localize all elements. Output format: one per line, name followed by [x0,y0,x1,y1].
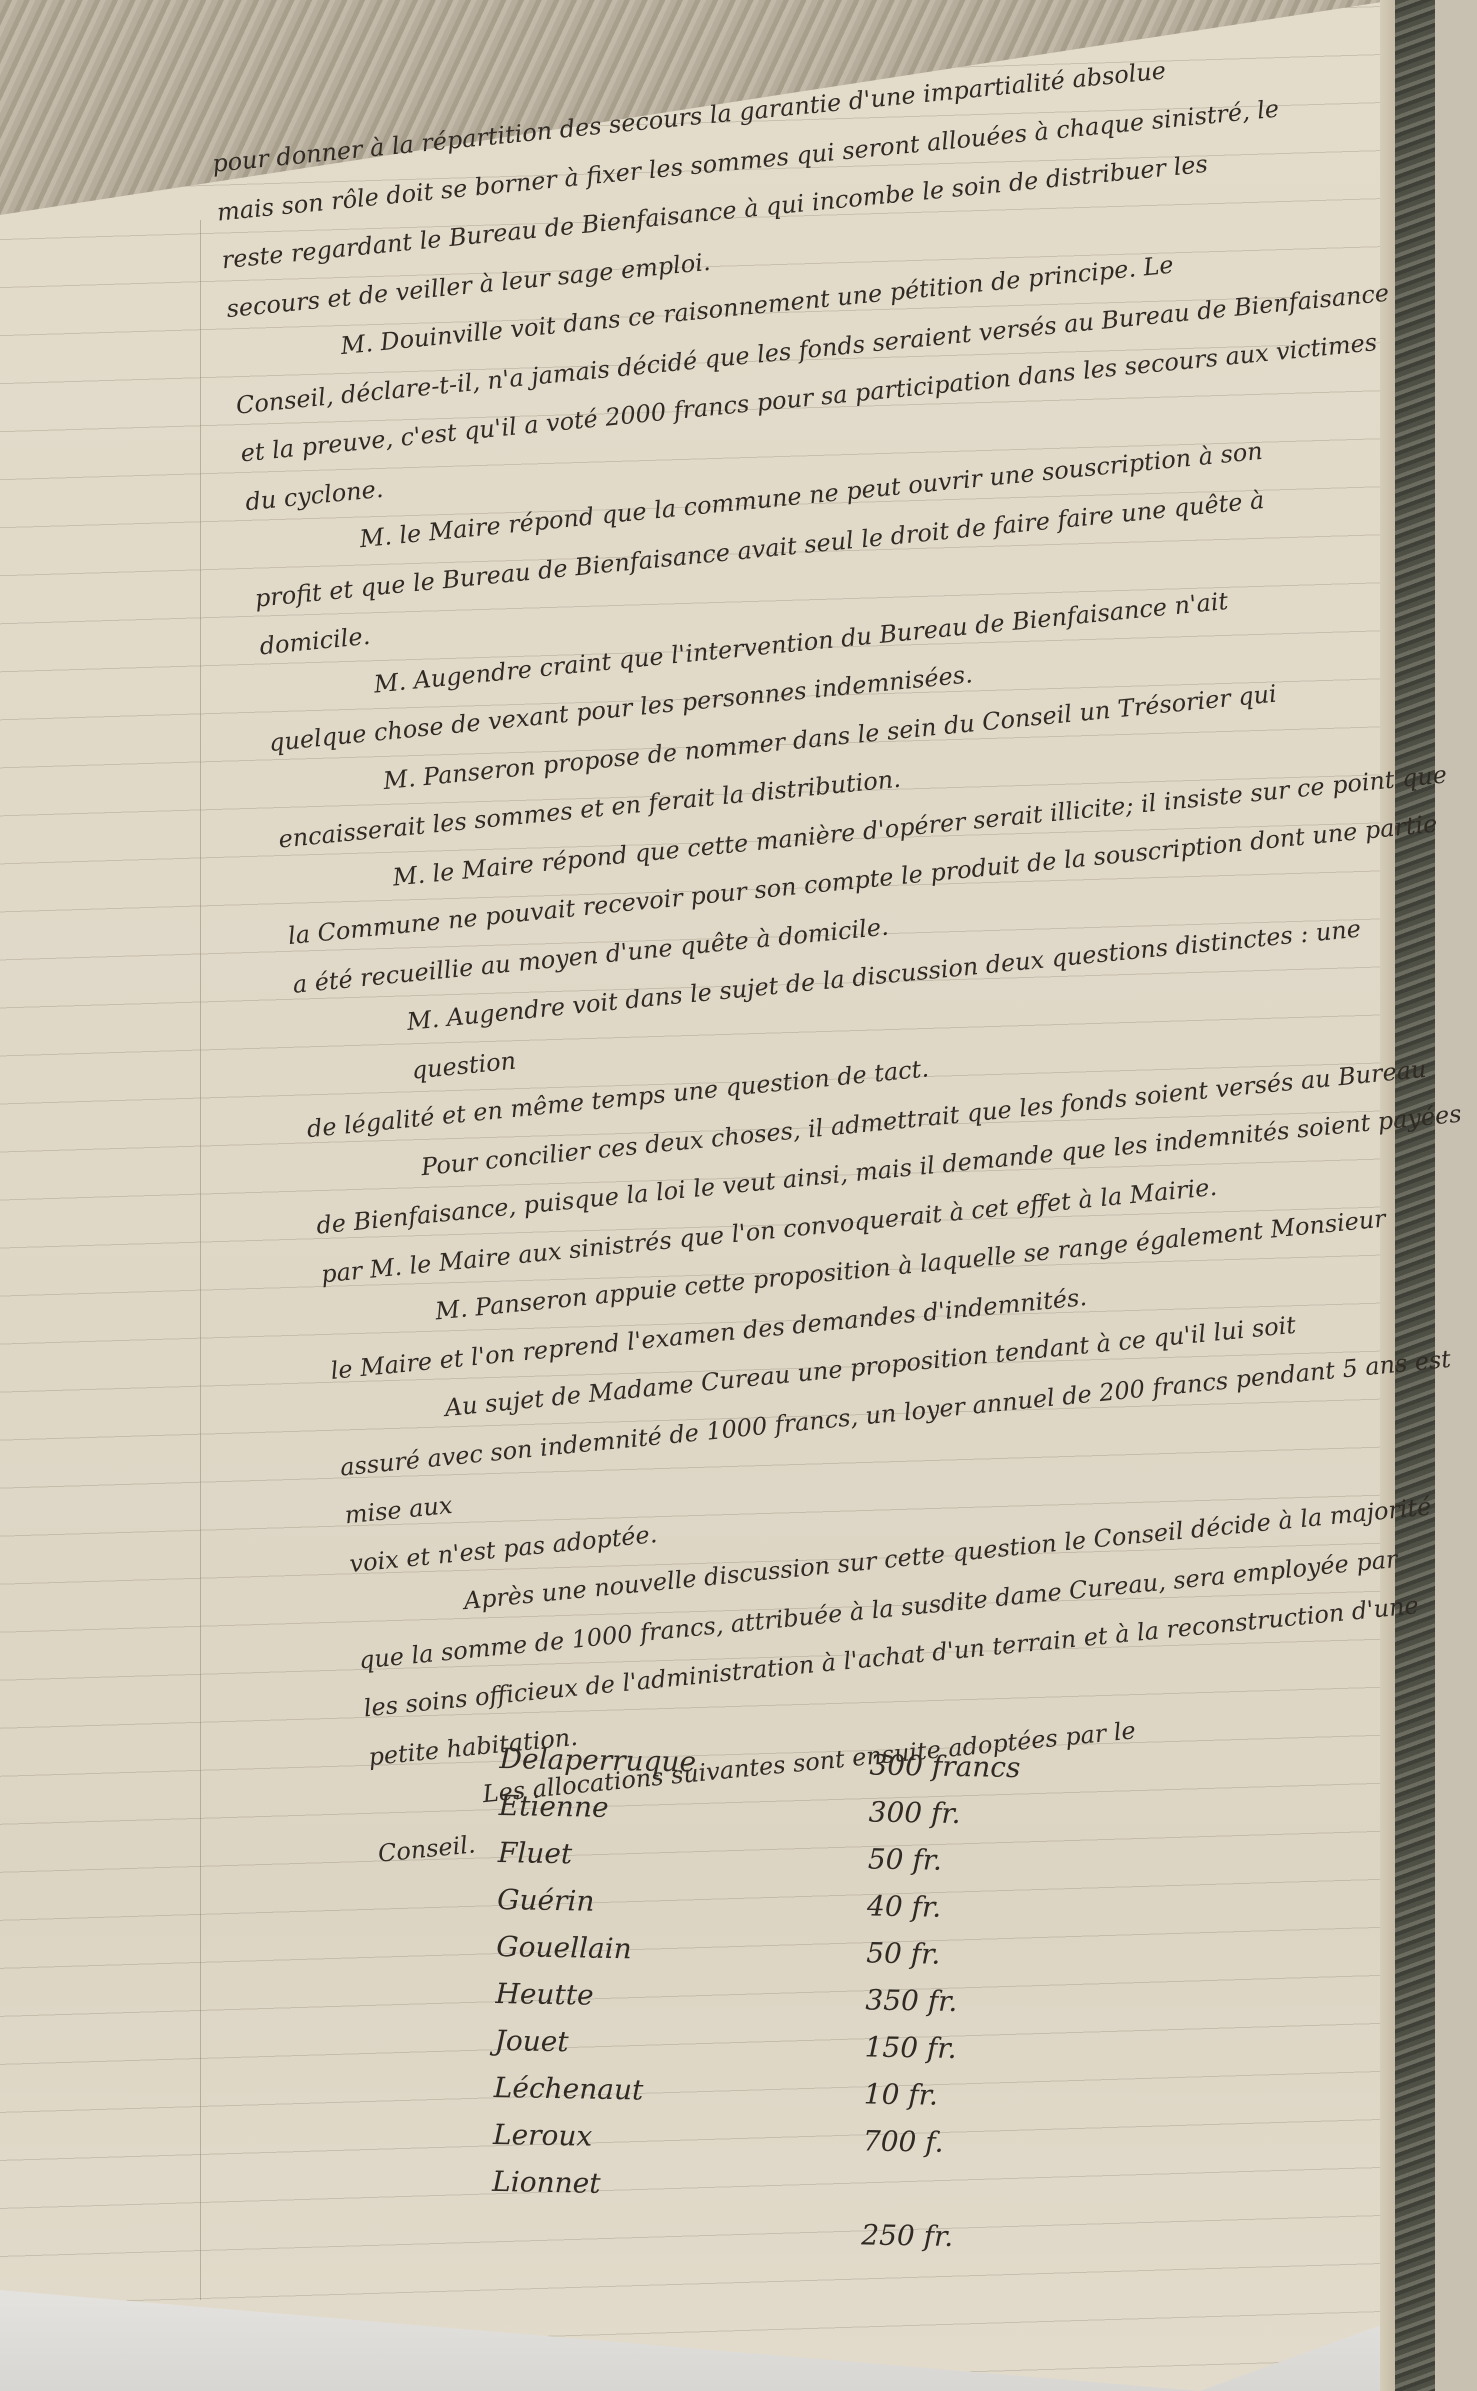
allocation-name: Fluet [498,1829,869,1882]
allocation-name: Heutte [495,1970,866,2023]
allocation-name: Leroux [493,2111,864,2164]
allocation-name: Gouellain [496,1923,867,1976]
minutes-text: pour donner à la répartition des secours… [210,25,1477,1878]
allocation-amount: 40 fr. [867,1882,1068,1932]
allocations-list: Delaperruque 300 francs Etienne 300 fr. … [491,1735,1100,2262]
allocation-amount: 300 fr. [868,1788,1069,1838]
allocation-amount: 300 francs [869,1741,1070,1791]
margin-line [200,220,201,2300]
allocation-amount: 50 fr. [867,1835,1068,1885]
allocation-amount: 350 fr. [865,1976,1066,2026]
allocation-amount: 150 fr. [864,2023,1065,2073]
allocation-name: Guérin [497,1876,868,1929]
allocation-amount: 10 fr. [863,2070,1064,2120]
allocation-name: Jouet [494,2017,865,2070]
allocation-amount: 700 f. [863,2117,1064,2167]
allocation-name: Lionnet [492,2158,863,2211]
allocation-name: Etienne [498,1782,869,1835]
allocation-name: Delaperruque [499,1735,870,1788]
allocation-name: Léchenaut [493,2064,864,2117]
allocation-amount: 50 fr. [866,1929,1067,1979]
allocation-amount [862,2164,1063,2214]
